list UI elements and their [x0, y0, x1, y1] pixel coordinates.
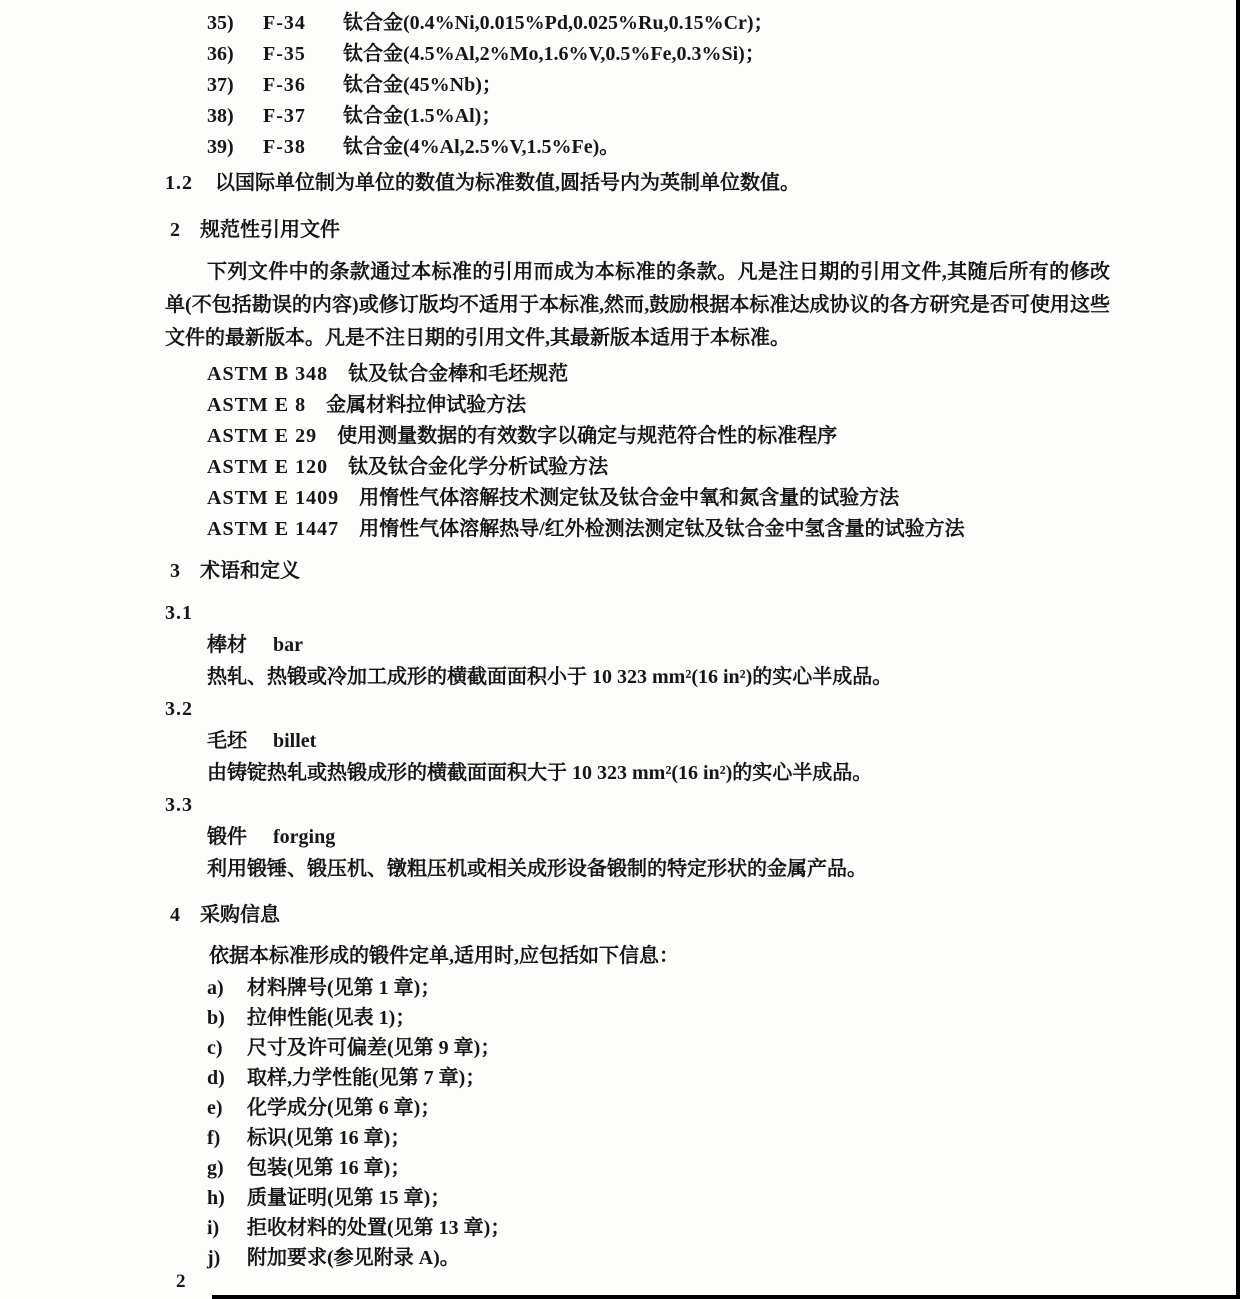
reference-entry: ASTM E 8金属材料拉伸试验方法: [207, 390, 1240, 421]
term-name-en: billet: [273, 730, 316, 752]
grade-code: F-35: [263, 39, 319, 70]
reference-title: 用惰性气体溶解技术测定钛及钛合金中氧和氮含量的试验方法: [359, 487, 899, 509]
list-item: 36)F-35钛合金(4.5%Al,2%Mo,1.6%V,0.5%Fe,0.3%…: [207, 39, 1240, 70]
reference-title: 使用测量数据的有效数字以确定与规范符合性的标准程序: [337, 425, 837, 447]
section-number: 4: [170, 904, 180, 926]
item-number: 37): [207, 70, 249, 101]
reference-code: ASTM E 120: [207, 456, 328, 478]
grade-description: 钛合金(0.4%Ni,0.015%Pd,0.025%Ru,0.15%Cr)；: [343, 12, 774, 34]
item-letter: j): [207, 1243, 231, 1273]
term-number: 3.2: [165, 693, 1240, 725]
normative-references-paragraph: 下列文件中的条款通过本标准的引用而成为本标准的条款。凡是注日期的引用文件,其随后…: [165, 256, 1110, 355]
list-item: 35)F-34钛合金(0.4%Ni,0.015%Pd,0.025%Ru,0.15…: [207, 8, 1240, 39]
list-item: d)取样,力学性能(见第 7 章)；: [207, 1063, 1240, 1093]
document-page: 35)F-34钛合金(0.4%Ni,0.015%Pd,0.025%Ru,0.15…: [0, 0, 1240, 1299]
scan-artifact-right-line: [1236, 0, 1240, 1299]
reference-title: 金属材料拉伸试验方法: [326, 394, 526, 416]
item-letter: b): [207, 1003, 231, 1033]
item-text: 附加要求(参见附录 A)。: [247, 1247, 460, 1269]
list-item: f)标识(见第 16 章)；: [207, 1123, 1240, 1153]
term-name: 锻件forging: [207, 821, 1240, 853]
grade-code: F-36: [263, 70, 319, 101]
list-item: h)质量证明(见第 15 章)；: [207, 1183, 1240, 1213]
section-title: 采购信息: [200, 904, 280, 926]
term-definition: 热轧、热锻或冷加工成形的横截面面积小于 10 323 mm²(16 in²)的实…: [207, 661, 1240, 693]
item-text: 拉伸性能(见表 1)；: [247, 1007, 415, 1029]
item-letter: f): [207, 1123, 231, 1153]
scan-artifact-bottom-line: [212, 1295, 1240, 1299]
reference-code: ASTM E 1409: [207, 487, 339, 509]
term-name-en: bar: [273, 634, 303, 656]
term-name-zh: 锻件: [207, 826, 247, 848]
term-name: 棒材bar: [207, 629, 1240, 661]
item-text: 包装(见第 16 章)；: [247, 1157, 410, 1179]
purchasing-item-list: a)材料牌号(见第 1 章)； b)拉伸性能(见表 1)； c)尺寸及许可偏差(…: [0, 973, 1240, 1273]
item-letter: g): [207, 1153, 231, 1183]
term-number: 3.3: [165, 789, 1240, 821]
item-number: 35): [207, 8, 249, 39]
item-letter: c): [207, 1033, 231, 1063]
section-3-heading: 3术语和定义: [170, 557, 1240, 585]
reference-title: 钛及钛合金化学分析试验方法: [348, 456, 608, 478]
list-item: a)材料牌号(见第 1 章)；: [207, 973, 1240, 1003]
list-item: i)拒收材料的处置(见第 13 章)；: [207, 1213, 1240, 1243]
term-definition: 由铸锭热轧或热锻成形的横截面面积大于 10 323 mm²(16 in²)的实心…: [207, 757, 1240, 789]
grade-description: 钛合金(1.5%Al)；: [343, 105, 501, 127]
page-number: 2: [176, 1271, 186, 1293]
list-item: 39)F-38钛合金(4%Al,2.5%V,1.5%Fe)。: [207, 132, 1240, 163]
term-name-zh: 毛坯: [207, 730, 247, 752]
item-number: 38): [207, 101, 249, 132]
terms-and-definitions: 3.1 棒材bar 热轧、热锻或冷加工成形的横截面面积小于 10 323 mm²…: [0, 597, 1240, 885]
purchasing-intro: 依据本标准形成的锻件定单,适用时,应包括如下信息：: [209, 941, 1240, 971]
list-item: j)附加要求(参见附录 A)。: [207, 1243, 1240, 1273]
reference-code: ASTM E 29: [207, 425, 317, 447]
item-letter: a): [207, 973, 231, 1003]
astm-reference-list: ASTM B 348钛及钛合金棒和毛坯规范 ASTM E 8金属材料拉伸试验方法…: [0, 359, 1240, 545]
list-item: 37)F-36钛合金(45%Nb)；: [207, 70, 1240, 101]
item-text: 标识(见第 16 章)；: [247, 1127, 410, 1149]
section-title: 规范性引用文件: [200, 219, 340, 241]
clause-1-2: 1.2以国际单位制为单位的数值为标准数值,圆括号内为英制单位数值。: [165, 168, 1240, 198]
term-name-en: forging: [273, 826, 335, 848]
item-text: 化学成分(见第 6 章)；: [247, 1097, 440, 1119]
grade-description: 钛合金(45%Nb)；: [343, 74, 502, 96]
item-letter: h): [207, 1183, 231, 1213]
reference-entry: ASTM E 29使用测量数据的有效数字以确定与规范符合性的标准程序: [207, 421, 1240, 452]
term-number: 3.1: [165, 597, 1240, 629]
list-item: b)拉伸性能(见表 1)；: [207, 1003, 1240, 1033]
grade-description: 钛合金(4.5%Al,2%Mo,1.6%V,0.5%Fe,0.3%Si)；: [343, 43, 765, 65]
reference-entry: ASTM E 1409用惰性气体溶解技术测定钛及钛合金中氧和氮含量的试验方法: [207, 483, 1240, 514]
term-definition: 利用锻锤、锻压机、镦粗压机或相关成形设备锻制的特定形状的金属产品。: [207, 853, 1240, 885]
item-letter: d): [207, 1063, 231, 1093]
reference-code: ASTM E 1447: [207, 518, 339, 540]
reference-title: 用惰性气体溶解热导/红外检测法测定钛及钛合金中氢含量的试验方法: [359, 518, 965, 540]
item-letter: e): [207, 1093, 231, 1123]
list-item: e)化学成分(见第 6 章)；: [207, 1093, 1240, 1123]
item-number: 36): [207, 39, 249, 70]
term-name: 毛坯billet: [207, 725, 1240, 757]
item-text: 质量证明(见第 15 章)；: [247, 1187, 450, 1209]
alloy-grade-list: 35)F-34钛合金(0.4%Ni,0.015%Pd,0.025%Ru,0.15…: [0, 8, 1240, 163]
grade-code: F-38: [263, 132, 319, 163]
section-number: 3: [170, 560, 180, 582]
list-item: g)包装(见第 16 章)；: [207, 1153, 1240, 1183]
item-text: 取样,力学性能(见第 7 章)；: [247, 1067, 485, 1089]
item-letter: i): [207, 1213, 231, 1243]
item-text: 尺寸及许可偏差(见第 9 章)；: [247, 1037, 500, 1059]
grade-description: 钛合金(4%Al,2.5%V,1.5%Fe)。: [343, 136, 619, 158]
grade-code: F-34: [263, 8, 319, 39]
reference-entry: ASTM E 120钛及钛合金化学分析试验方法: [207, 452, 1240, 483]
item-number: 39): [207, 132, 249, 163]
reference-code: ASTM E 8: [207, 394, 306, 416]
list-item: 38)F-37钛合金(1.5%Al)；: [207, 101, 1240, 132]
reference-code: ASTM B 348: [207, 363, 328, 385]
item-text: 拒收材料的处置(见第 13 章)；: [247, 1217, 510, 1239]
grade-code: F-37: [263, 101, 319, 132]
item-text: 材料牌号(见第 1 章)；: [247, 977, 440, 999]
term-name-zh: 棒材: [207, 634, 247, 656]
section-number: 2: [170, 219, 180, 241]
section-title: 术语和定义: [200, 560, 300, 582]
reference-title: 钛及钛合金棒和毛坯规范: [348, 363, 568, 385]
section-2-heading: 2规范性引用文件: [170, 216, 1240, 244]
clause-number: 1.2: [165, 172, 193, 194]
reference-entry: ASTM E 1447用惰性气体溶解热导/红外检测法测定钛及钛合金中氢含量的试验…: [207, 514, 1240, 545]
section-4-heading: 4采购信息: [170, 901, 1240, 929]
clause-text: 以国际单位制为单位的数值为标准数值,圆括号内为英制单位数值。: [215, 172, 800, 194]
reference-entry: ASTM B 348钛及钛合金棒和毛坯规范: [207, 359, 1240, 390]
list-item: c)尺寸及许可偏差(见第 9 章)；: [207, 1033, 1240, 1063]
